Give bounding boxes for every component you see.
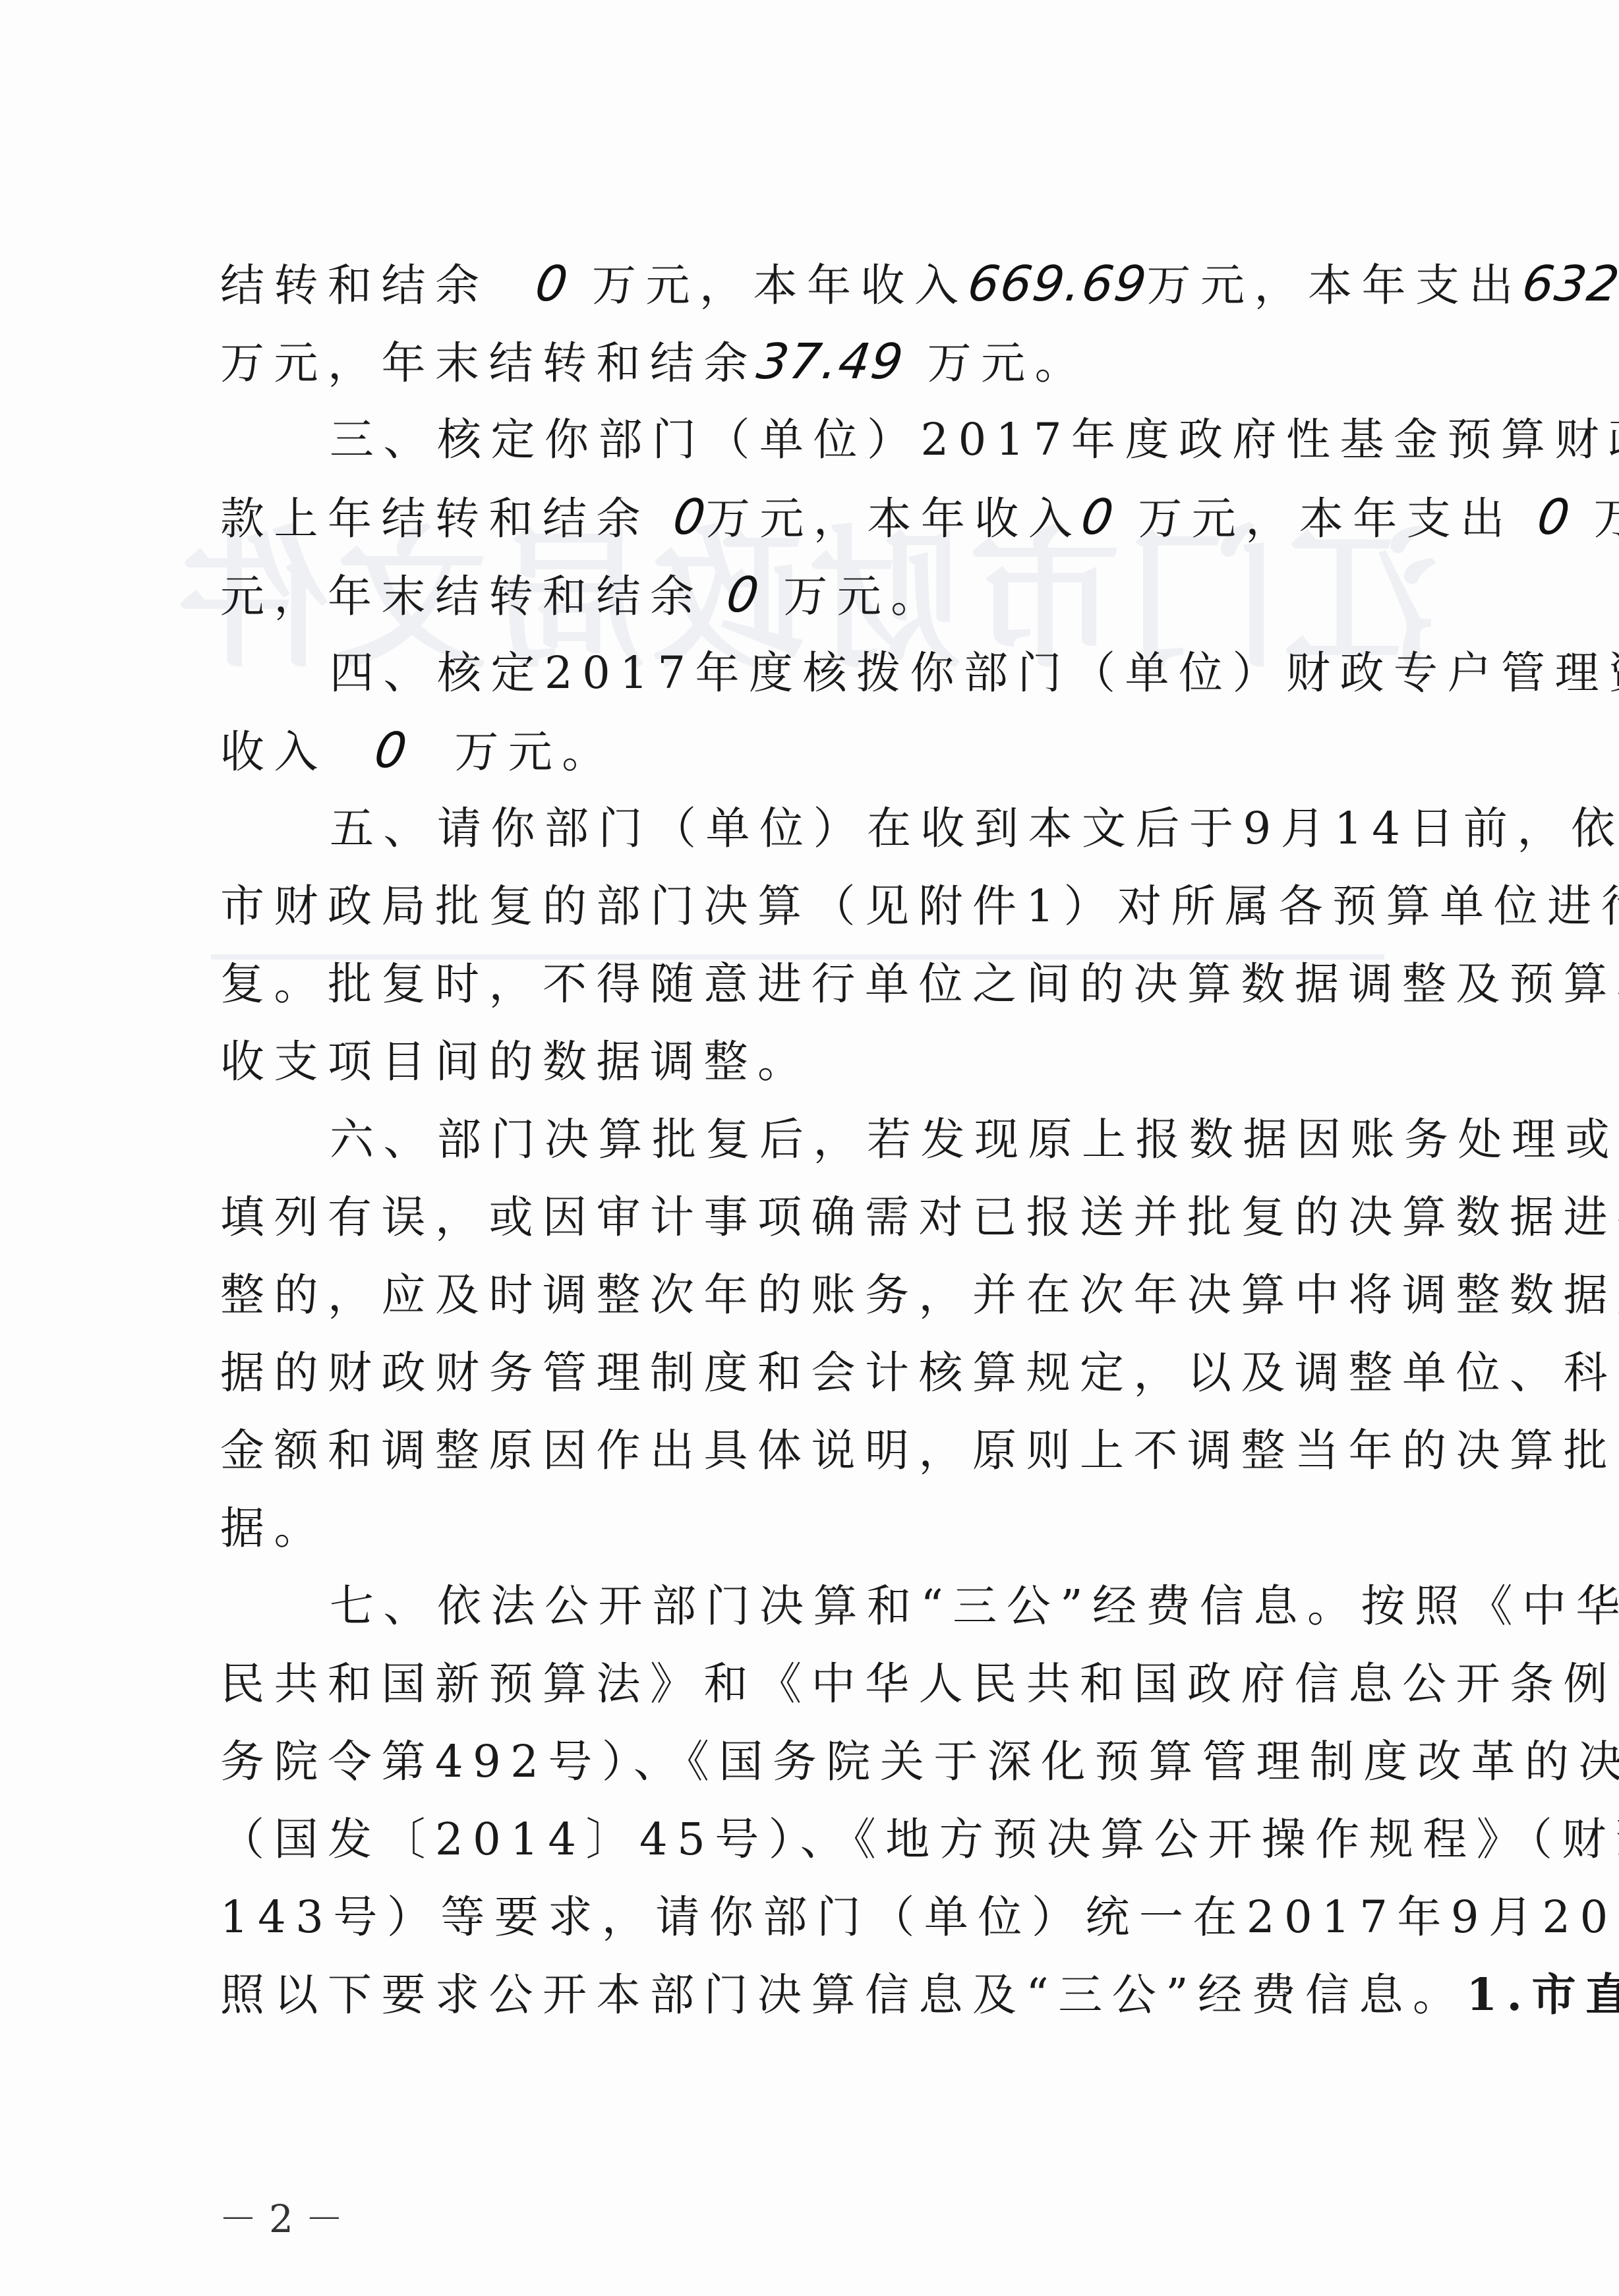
text-line: 万元，年末结转和结余37.49 万元。 (220, 323, 1440, 401)
paragraph-fund-budget: 三、核定你部门（单位）2017年度政府性基金预算财政拨 款上年结转和结余 0万元… (220, 401, 1440, 634)
text-line: 五、请你部门（单位）在收到本文后于9月14日前，依据 (220, 789, 1440, 867)
text-line: 据。 (220, 1489, 1440, 1567)
paragraph-approval-deadline: 五、请你部门（单位）在收到本文后于9月14日前，依据 市财政局批复的部门决算（见… (220, 789, 1440, 1101)
text-line: 务院令第492号）、《国务院关于深化预算管理制度改革的决定》 (220, 1723, 1440, 1800)
text-line: 收入 0 万元。 (220, 712, 1440, 789)
text-line: 市财政局批复的部门决算（见附件1）对所属各预算单位进行批 (220, 867, 1440, 945)
text-line: 复。批复时，不得随意进行单位之间的决算数据调整及预算科目、 (220, 945, 1440, 1023)
handwritten-value: 0 (1076, 478, 1120, 556)
text-line: （国发〔2014〕45号）、《地方预决算公开操作规程》（财预〔2016〕 (220, 1800, 1440, 1878)
text-line: 元，年末结转和结余 0 万元。 (220, 556, 1440, 634)
text-line: 143号）等要求，请你部门（单位）统一在2017年9月20日按 (220, 1878, 1440, 1956)
handwritten-value: 0 (668, 478, 712, 556)
page-number: －2－ (219, 2188, 355, 2243)
handwritten-value: 0 (1532, 478, 1575, 556)
text-line: 收支项目间的数据调整。 (220, 1023, 1440, 1101)
paragraph-special-account: 四、核定2017年度核拨你部门（单位）财政专户管理资金 收入 0 万元。 (220, 634, 1440, 789)
document-body: 结转和结余 0 万元，本年收入669.69万元，本年支出632.19 万元，年末… (220, 245, 1440, 2034)
paragraph-general-budget-cont: 结转和结余 0 万元，本年收入669.69万元，本年支出632.19 万元，年末… (220, 245, 1440, 401)
handwritten-value: 37.49 (752, 323, 909, 401)
handwritten-value: 0 (722, 556, 765, 634)
text-line: 四、核定2017年度核拨你部门（单位）财政专户管理资金 (220, 634, 1440, 712)
handwritten-value: 632.19 (1517, 245, 1619, 323)
paragraph-disclosure: 七、依法公开部门决算和“三公”经费信息。按照《中华人 民共和国新预算法》和《中华… (220, 1567, 1440, 2034)
text-line: 金额和调整原因作出具体说明，原则上不调整当年的决算批复数 (220, 1412, 1440, 1489)
text-line: 结转和结余 0 万元，本年收入669.69万元，本年支出632.19 (220, 245, 1440, 323)
bold-subheading: 1.市直部 (1467, 1968, 1619, 2021)
text-line: 六、部门决算批复后，若发现原上报数据因账务处理或报表 (220, 1101, 1440, 1178)
handwritten-value: 0 (369, 712, 413, 789)
text-line: 三、核定你部门（单位）2017年度政府性基金预算财政拨 (220, 401, 1440, 478)
text-line: 民共和国新预算法》和《中华人民共和国政府信息公开条例》（国 (220, 1645, 1440, 1723)
text-line: 整的，应及时调整次年的账务，并在次年决算中将调整数据所依 (220, 1256, 1440, 1334)
text-line: 照以下要求公开本部门决算信息及“三公”经费信息。1.市直部 (220, 1956, 1440, 2034)
handwritten-value: 0 (531, 245, 574, 323)
text-line: 七、依法公开部门决算和“三公”经费信息。按照《中华人 (220, 1567, 1440, 1645)
text-line: 据的财政财务管理制度和会计核算规定，以及调整单位、科目、 (220, 1334, 1440, 1412)
handwritten-value: 669.69 (962, 245, 1152, 323)
text-line: 填列有误，或因审计事项确需对已报送并批复的决算数据进行调 (220, 1178, 1440, 1256)
document-page: 江门市财政局文件 结转和结余 0 万元，本年收入669.69万元，本年支出632… (0, 0, 1619, 2296)
paragraph-adjustment-rules: 六、部门决算批复后，若发现原上报数据因账务处理或报表 填列有误，或因审计事项确需… (220, 1101, 1440, 1567)
text-line: 款上年结转和结余 0万元，本年收入0 万元，本年支出 0 万 (220, 478, 1440, 556)
